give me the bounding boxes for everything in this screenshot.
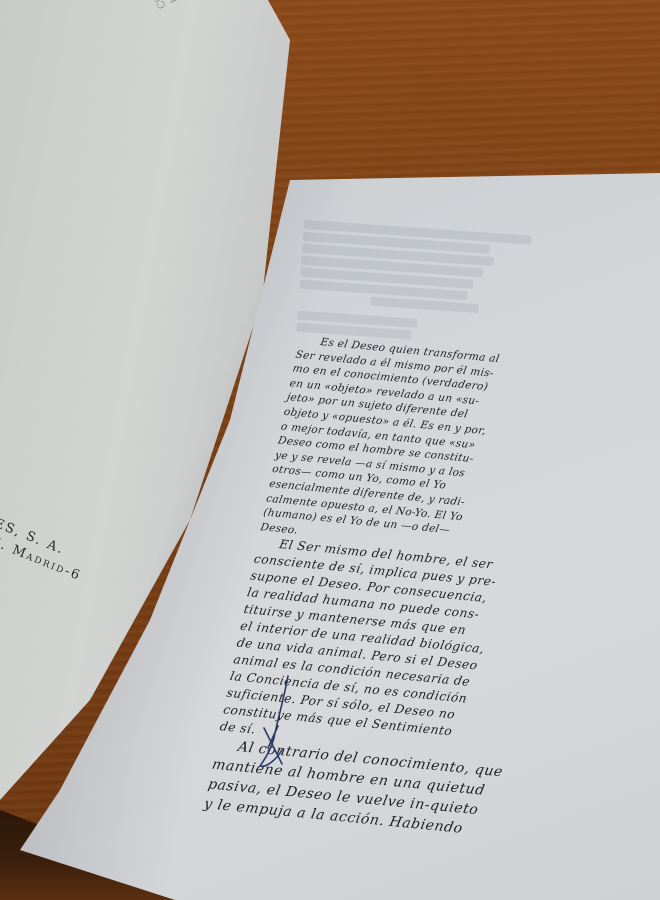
pen-annotation-mark bbox=[248, 668, 318, 778]
show-through-text bbox=[296, 217, 544, 351]
paragraph-1: Es el Deseo quien transforma al Ser reve… bbox=[259, 333, 599, 563]
